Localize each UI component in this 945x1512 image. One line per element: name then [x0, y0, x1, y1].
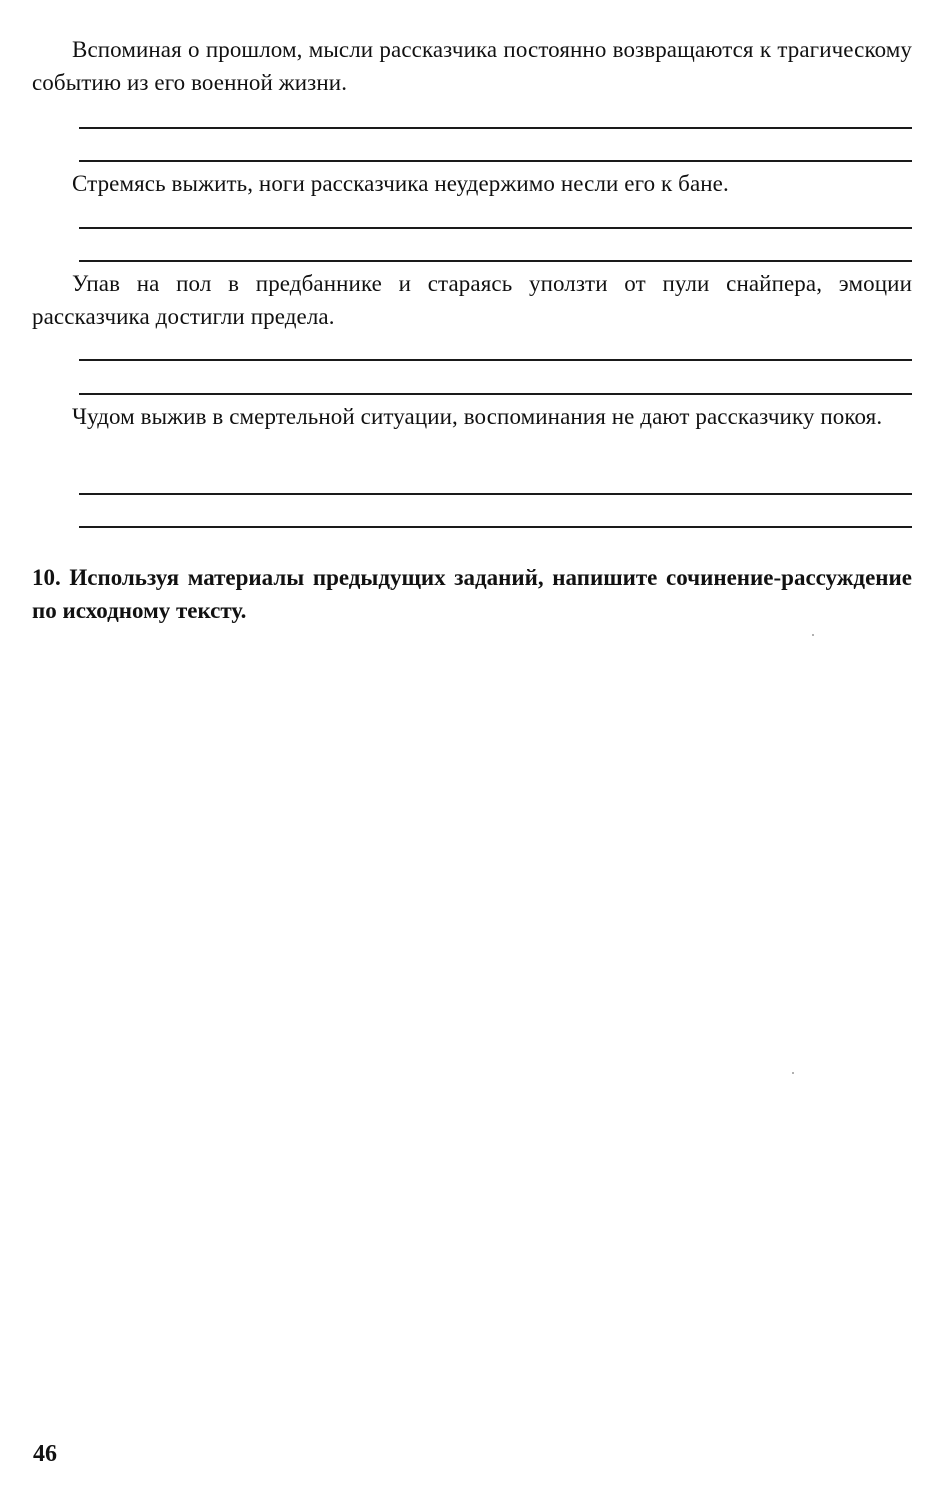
- answer-line-3b[interactable]: [79, 393, 912, 395]
- task-10-instruction: 10. Используя материалы предыдущих задан…: [32, 561, 912, 627]
- sentence-1: Вспоминая о прошлом, мысли рассказчика п…: [32, 33, 912, 99]
- scan-speck: [812, 634, 814, 636]
- sentence-3: Упав на пол в предбаннике и стараясь упо…: [32, 267, 912, 333]
- workbook-page: Вспоминая о прошлом, мысли рассказчика п…: [0, 0, 945, 1512]
- answer-line-4a[interactable]: [79, 493, 912, 495]
- answer-line-3a[interactable]: [79, 359, 912, 361]
- sentence-2: Стремясь выжить, ноги рассказчика неудер…: [32, 167, 912, 200]
- answer-line-1a[interactable]: [79, 127, 912, 129]
- answer-line-2b[interactable]: [79, 260, 912, 262]
- page-number: 46: [33, 1441, 57, 1468]
- sentence-4: Чудом выжив в смертельной ситуации, восп…: [32, 400, 912, 433]
- scan-speck: [792, 1072, 794, 1074]
- answer-line-1b[interactable]: [79, 160, 912, 162]
- answer-line-4b[interactable]: [79, 526, 912, 528]
- answer-line-2a[interactable]: [79, 227, 912, 229]
